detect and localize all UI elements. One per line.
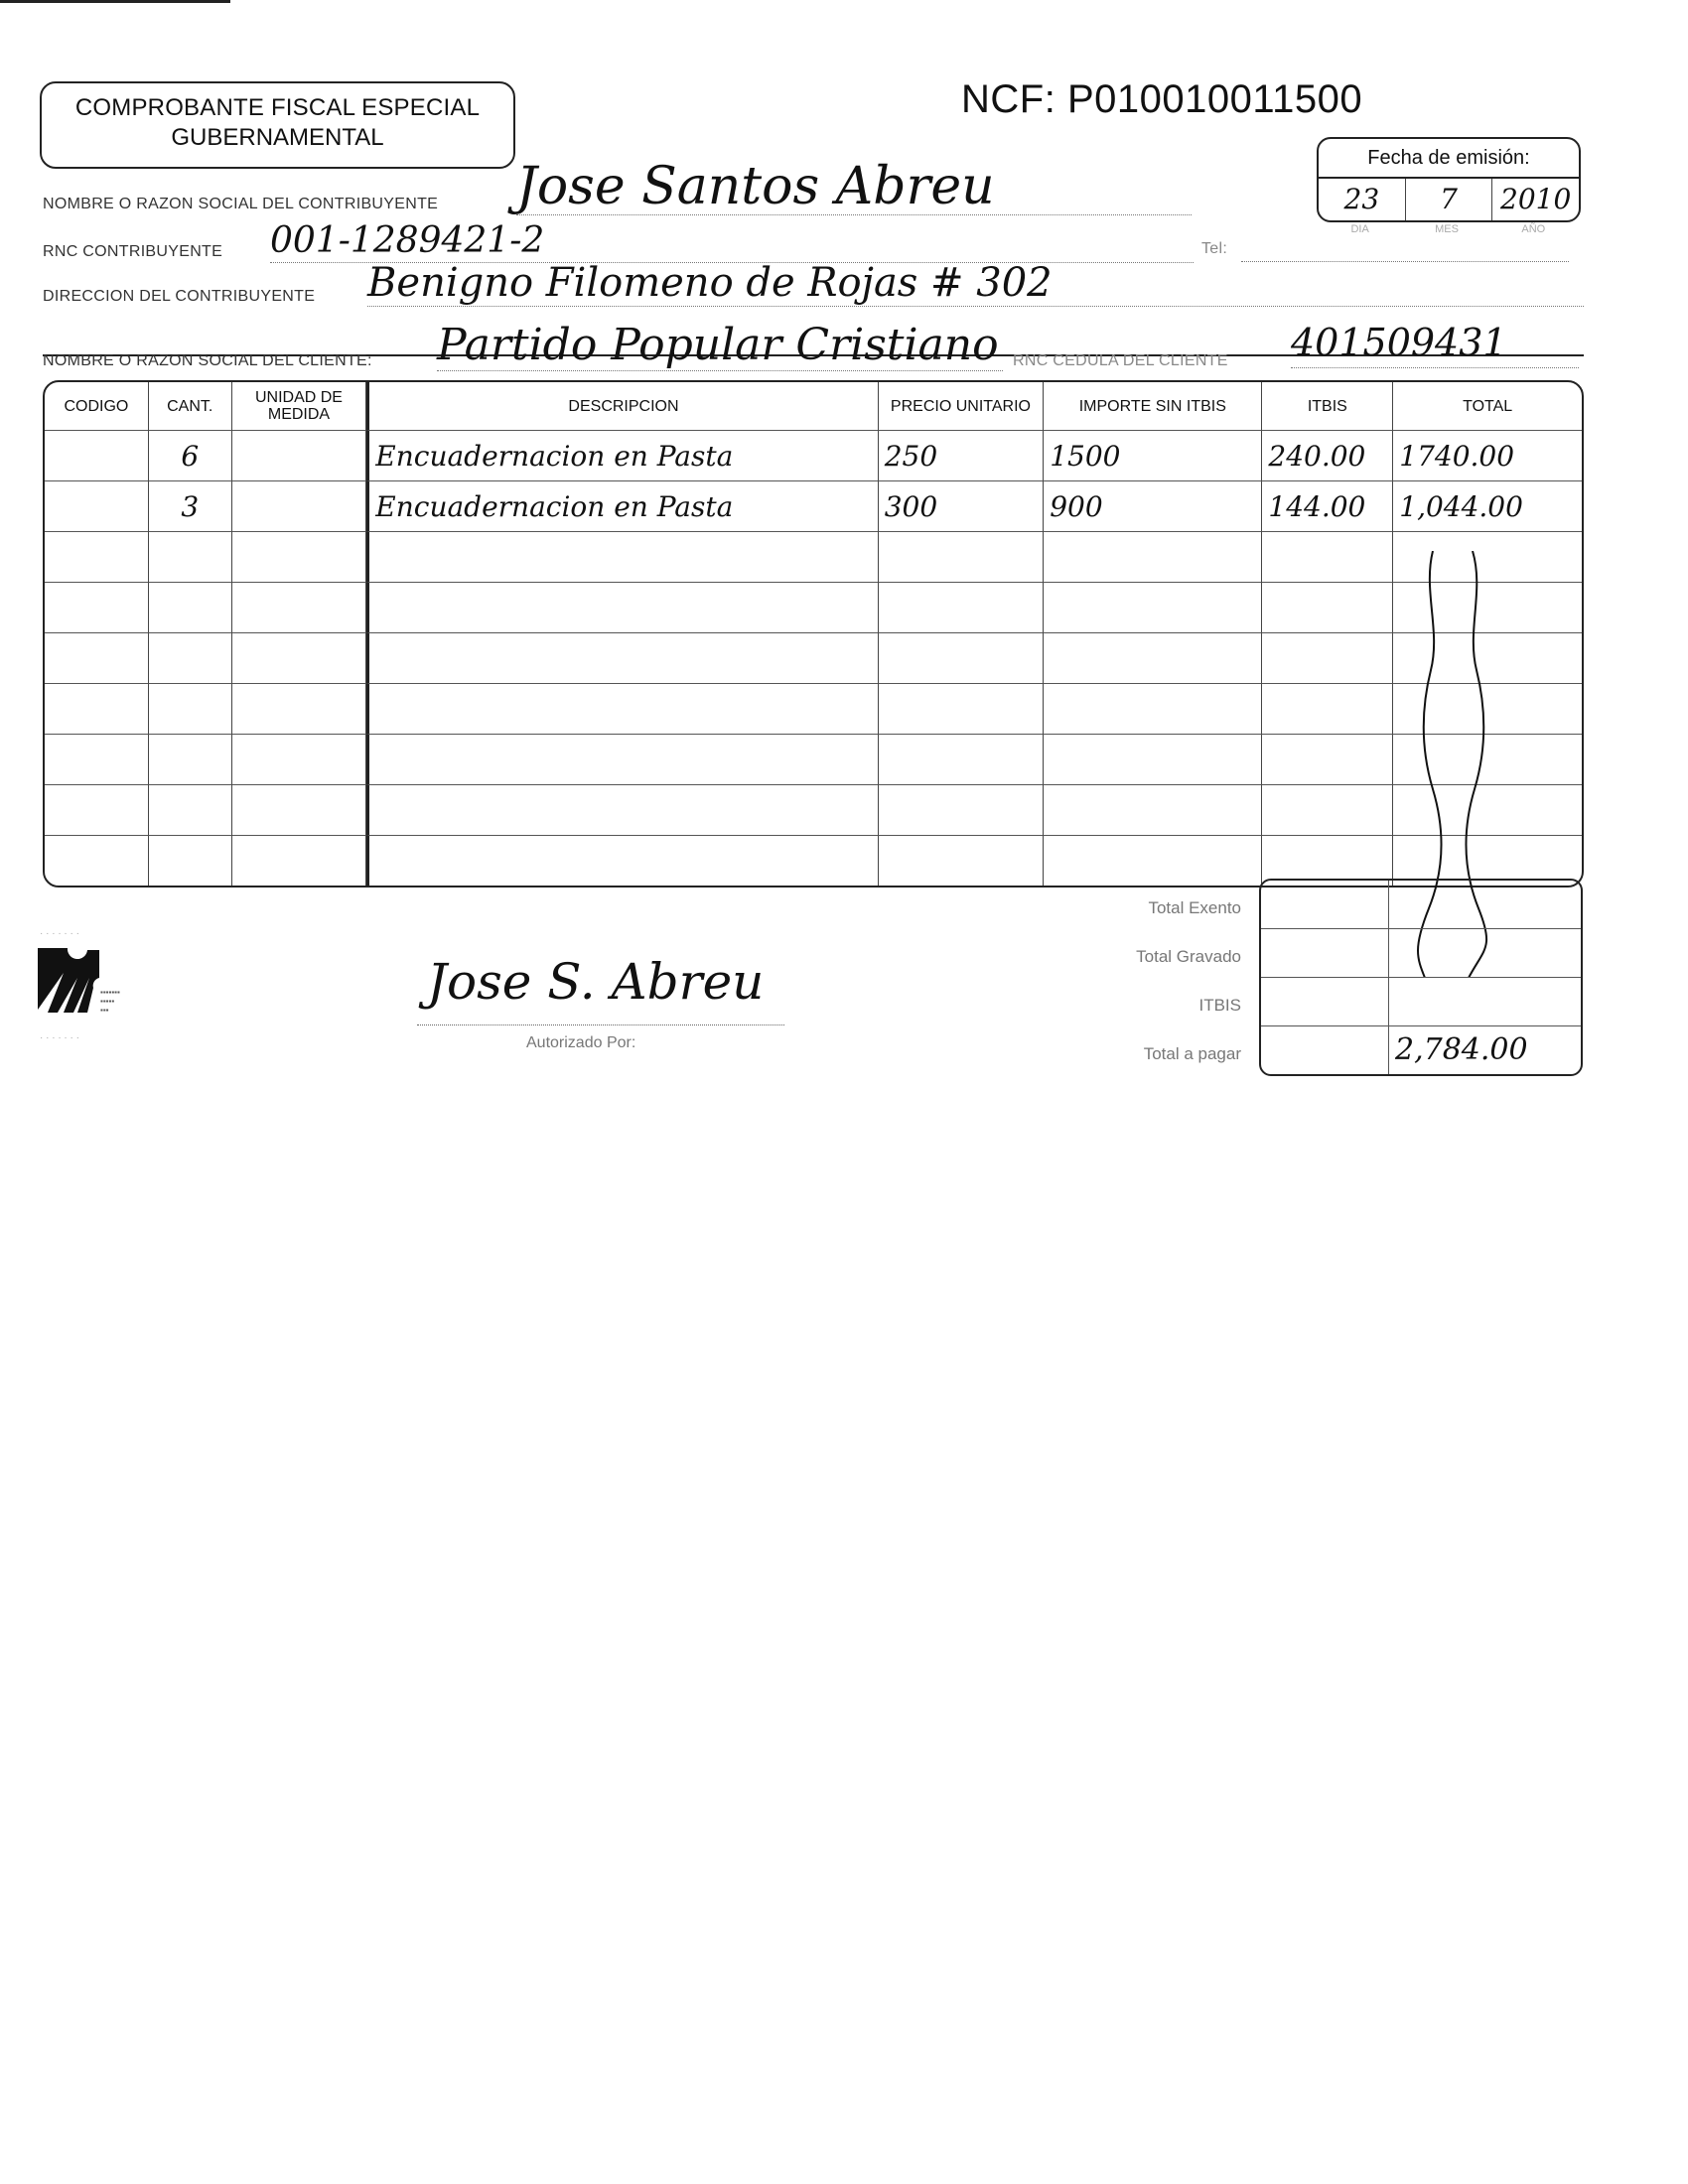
taxpayer-address-field[interactable]: Benigno Filomeno de Rojas # 302 — [367, 260, 1584, 307]
header-precio: PRECIO UNITARIO — [879, 382, 1045, 431]
authorized-by-label: Autorizado Por: — [526, 1034, 635, 1052]
header-cant: CANT. — [149, 382, 232, 431]
issue-date-header: Fecha de emisión: — [1319, 139, 1579, 179]
cell-cant[interactable] — [149, 735, 232, 785]
cell-importe[interactable] — [1044, 633, 1262, 684]
header-descripcion: DESCRIPCION — [366, 382, 878, 431]
client-name-field[interactable]: Partido Popular Cristiano — [437, 321, 1003, 371]
cell-precio[interactable] — [879, 735, 1045, 785]
total-exento-field[interactable] — [1389, 881, 1581, 928]
cell-cant[interactable] — [149, 532, 232, 583]
cell-itbis[interactable] — [1262, 735, 1393, 785]
taxpayer-rnc-field[interactable]: 001-1289421-2 — [270, 220, 1194, 263]
table-header-row: CODIGO CANT. UNIDAD DE MEDIDA DESCRIPCIO… — [45, 382, 1582, 431]
logo-caption-bottom: · · · · · · · — [40, 1032, 79, 1043]
authorized-signature: Jose S. Abreu — [427, 953, 764, 1011]
cell-descripcion[interactable] — [366, 735, 878, 785]
issue-date-month[interactable]: 7 — [1406, 179, 1493, 220]
month-label: MES — [1403, 223, 1489, 235]
ncf-label: NCF: — [961, 77, 1055, 121]
total-pagar-label: Total a pagar — [1043, 1029, 1241, 1078]
cell-descripcion[interactable] — [366, 785, 878, 836]
cell-descripcion[interactable]: Encuadernacion en Pasta — [366, 431, 878, 481]
header-importe: IMPORTE SIN ITBIS — [1044, 382, 1262, 431]
cell-total[interactable] — [1393, 532, 1582, 583]
cell-itbis[interactable] — [1262, 785, 1393, 836]
total-exento-label: Total Exento — [1043, 884, 1241, 932]
cell-unidad[interactable] — [232, 431, 367, 481]
cell-total[interactable]: 1740.00 — [1393, 431, 1582, 481]
cell-precio[interactable]: 300 — [879, 481, 1045, 532]
issue-date-day[interactable]: 23 — [1319, 179, 1406, 220]
cell-unidad[interactable] — [232, 633, 367, 684]
table-row — [45, 785, 1582, 836]
logo-text: ▪▪▪▪▪▪▪▪▪▪▪▪▪▪▪ — [100, 988, 120, 1015]
cell-codigo[interactable] — [45, 836, 149, 886]
totals-box: 2,784.00 — [1259, 879, 1583, 1076]
taxpayer-name-field[interactable]: Jose Santos Abreu — [516, 159, 1192, 215]
client-rnc-field[interactable]: 401509431 — [1291, 318, 1579, 368]
header-itbis: ITBIS — [1262, 382, 1393, 431]
table-row: 6 Encuadernacion en Pasta 250 1500 240.0… — [45, 431, 1582, 481]
cell-precio[interactable] — [879, 633, 1045, 684]
cell-codigo[interactable] — [45, 583, 149, 633]
taxpayer-rnc-label: RNC CONTRIBUYENTE — [43, 243, 222, 261]
total-itbis-label: ITBIS — [1043, 981, 1241, 1029]
cell-cant[interactable] — [149, 684, 232, 735]
issue-date-labels: DIA MES AÑO — [1317, 223, 1577, 235]
cell-codigo[interactable] — [45, 785, 149, 836]
cell-cant[interactable]: 6 — [149, 431, 232, 481]
cell-itbis[interactable] — [1262, 532, 1393, 583]
cell-cant[interactable] — [149, 583, 232, 633]
cell-importe[interactable]: 900 — [1044, 481, 1262, 532]
cell-codigo[interactable] — [45, 684, 149, 735]
total-gravado-label: Total Gravado — [1043, 932, 1241, 981]
cell-unidad[interactable] — [232, 684, 367, 735]
header-total: TOTAL — [1393, 382, 1582, 431]
cell-descripcion[interactable] — [366, 684, 878, 735]
cell-precio[interactable] — [879, 583, 1045, 633]
cell-importe[interactable]: 1500 — [1044, 431, 1262, 481]
cell-total[interactable] — [1393, 583, 1582, 633]
cell-codigo[interactable] — [45, 481, 149, 532]
cell-itbis[interactable]: 144.00 — [1262, 481, 1393, 532]
total-itbis-field[interactable] — [1389, 978, 1581, 1025]
signature-line — [417, 1024, 784, 1025]
cell-descripcion[interactable] — [366, 836, 878, 886]
table-row — [45, 684, 1582, 735]
cell-precio[interactable] — [879, 684, 1045, 735]
day-label: DIA — [1317, 223, 1403, 235]
ncf-value: P010010011500 — [1067, 77, 1362, 121]
top-edge-bar — [0, 0, 230, 3]
cell-total[interactable] — [1393, 735, 1582, 785]
cell-itbis[interactable] — [1262, 633, 1393, 684]
cell-descripcion[interactable]: Encuadernacion en Pasta — [366, 481, 878, 532]
client-name-label: NOMBRE O RAZON SOCIAL DEL CLIENTE: — [43, 352, 372, 370]
cell-unidad[interactable] — [232, 785, 367, 836]
total-pagar-field[interactable]: 2,784.00 — [1389, 1026, 1581, 1074]
cell-unidad[interactable] — [232, 481, 367, 532]
cell-descripcion[interactable] — [366, 633, 878, 684]
cell-codigo[interactable] — [45, 431, 149, 481]
year-label: AÑO — [1490, 223, 1577, 235]
cell-itbis[interactable] — [1262, 684, 1393, 735]
cell-itbis[interactable]: 240.00 — [1262, 431, 1393, 481]
cell-precio[interactable] — [879, 532, 1045, 583]
table-row — [45, 583, 1582, 633]
cell-importe[interactable] — [1044, 583, 1262, 633]
table-row — [45, 735, 1582, 785]
document-title-line2: GUBERNAMENTAL — [42, 124, 513, 152]
items-table: CODIGO CANT. UNIDAD DE MEDIDA DESCRIPCIO… — [43, 380, 1584, 887]
taxpayer-address-label: DIRECCION DEL CONTRIBUYENTE — [43, 288, 315, 306]
cell-cant[interactable] — [149, 633, 232, 684]
logo-caption-top: · · · · · · · — [40, 928, 79, 939]
cell-importe[interactable] — [1044, 532, 1262, 583]
ncf-number: NCF: P010010011500 — [961, 77, 1362, 122]
cell-unidad[interactable] — [232, 735, 367, 785]
tax-authority-logo-icon — [38, 948, 99, 1013]
cell-importe[interactable] — [1044, 684, 1262, 735]
cell-unidad[interactable] — [232, 532, 367, 583]
document-type-box: COMPROBANTE FISCAL ESPECIAL GUBERNAMENTA… — [40, 81, 515, 169]
document-title-line1: COMPROBANTE FISCAL ESPECIAL — [42, 94, 513, 122]
cell-total[interactable] — [1393, 684, 1582, 735]
issue-date-year[interactable]: 2010 — [1492, 179, 1579, 220]
cell-itbis[interactable] — [1262, 583, 1393, 633]
cell-importe[interactable] — [1044, 735, 1262, 785]
total-gravado-field[interactable] — [1389, 929, 1581, 977]
cell-descripcion[interactable] — [366, 532, 878, 583]
cell-total[interactable]: 1,044.00 — [1393, 481, 1582, 532]
header-unidad: UNIDAD DE MEDIDA — [232, 382, 367, 431]
table-row: 3 Encuadernacion en Pasta 300 900 144.00… — [45, 481, 1582, 532]
cell-total[interactable] — [1393, 785, 1582, 836]
cell-cant[interactable]: 3 — [149, 481, 232, 532]
cell-importe[interactable] — [1044, 836, 1262, 886]
cell-importe[interactable] — [1044, 785, 1262, 836]
header-codigo: CODIGO — [45, 382, 149, 431]
table-row — [45, 633, 1582, 684]
cell-unidad[interactable] — [232, 836, 367, 886]
cell-precio[interactable]: 250 — [879, 431, 1045, 481]
cell-unidad[interactable] — [232, 583, 367, 633]
cell-total[interactable] — [1393, 633, 1582, 684]
cell-descripcion[interactable] — [366, 583, 878, 633]
cell-precio[interactable] — [879, 785, 1045, 836]
taxpayer-name-label: NOMBRE O RAZON SOCIAL DEL CONTRIBUYENTE — [43, 196, 438, 213]
cell-codigo[interactable] — [45, 532, 149, 583]
totals-labels: Total Exento Total Gravado ITBIS Total a… — [1043, 884, 1241, 1078]
client-rnc-label: RNC CEDULA DEL CLIENTE — [1013, 352, 1228, 370]
table-row — [45, 532, 1582, 583]
cell-cant[interactable] — [149, 836, 232, 886]
cell-codigo[interactable] — [45, 633, 149, 684]
cell-codigo[interactable] — [45, 735, 149, 785]
tel-label: Tel: — [1201, 240, 1227, 258]
cell-precio[interactable] — [879, 836, 1045, 886]
cell-cant[interactable] — [149, 785, 232, 836]
issue-date-box: Fecha de emisión: 23 7 2010 — [1317, 137, 1581, 222]
